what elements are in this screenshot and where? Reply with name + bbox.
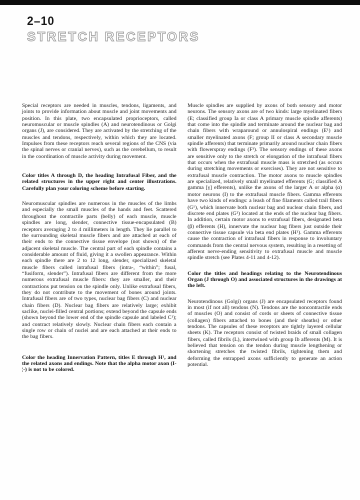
paragraph-innervation: Muscle spindles are supplied by axons of… [188,103,343,262]
paragraph-intro: Special receptors are needed in muscles,… [22,103,177,160]
page-top-bar [0,0,360,5]
coloring-instruction-1: Color titles A through D, the heading In… [22,173,177,192]
paragraph-golgi-organs: Neurotendinous (Golgi) organs (J) are en… [188,299,343,369]
paragraph-spindles: Neuromuscular spindles are numerous in t… [22,201,177,341]
page-header: 2–10 STRETCH RECEPTORS [27,16,200,44]
plate-number: 2–10 [27,16,200,29]
left-column: Special receptors are needed in muscles,… [22,103,177,374]
text-columns: Special receptors are needed in muscles,… [22,103,342,374]
coloring-instruction-3: Color the titles and headings relating t… [188,271,343,290]
page-title: STRETCH RECEPTORS [27,29,200,44]
coloring-instruction-2: Color the heading Innervation Pattern, t… [22,355,177,374]
book-page: 2–10 STRETCH RECEPTORS Special receptors… [0,0,360,500]
right-column: Muscle spindles are supplied by axons of… [188,103,343,374]
